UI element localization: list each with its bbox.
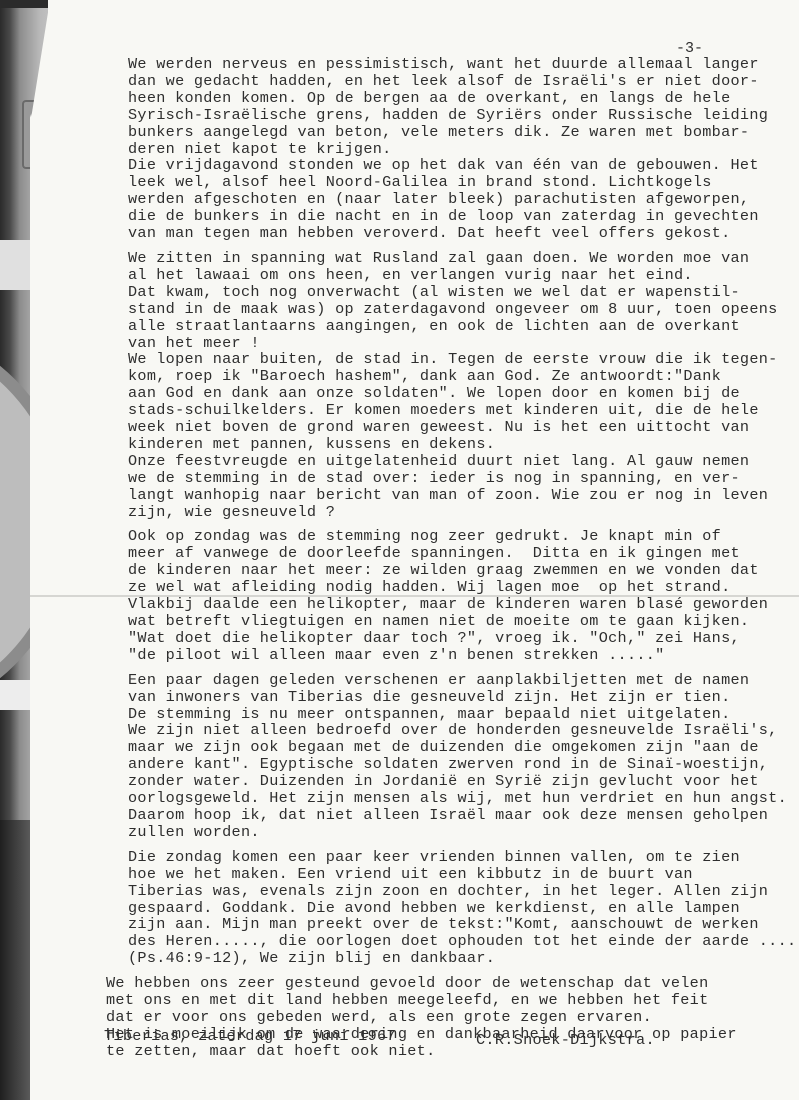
text-line: van inwoners van Tiberias die gesneuveld… bbox=[128, 689, 799, 706]
text-line: kinderen met pannen, kussens en dekens. bbox=[128, 436, 799, 453]
text-line: We lopen naar buiten, de stad in. Tegen … bbox=[128, 351, 799, 368]
text-line: aan God en dank aan onze soldaten". We l… bbox=[128, 385, 799, 402]
text-line: dat er voor ons gebeden werd, als een gr… bbox=[106, 1009, 799, 1026]
text-line: langt wanhopig naar bericht van man of z… bbox=[128, 487, 799, 504]
paragraph-6: We hebben ons zeer gesteund gevoeld door… bbox=[106, 975, 799, 1060]
text-line: stand in de maak was) op zaterdagavond o… bbox=[128, 301, 799, 318]
text-line: zijn aan. Mijn man preekt over de tekst:… bbox=[128, 916, 799, 933]
text-line: Een paar dagen geleden verschenen er aan… bbox=[128, 672, 799, 689]
text-line: die de bunkers in die nacht en in de loo… bbox=[128, 208, 799, 225]
text-line: oorlogsgeweld. Het zijn mensen als wij, … bbox=[128, 790, 799, 807]
text-line: we de stemming in de stad over: ieder is… bbox=[128, 470, 799, 487]
text-line: werden afgeschoten en (naar later bleek)… bbox=[128, 191, 799, 208]
text-line: gespaard. Goddank. Die avond hebben we k… bbox=[128, 900, 799, 917]
paragraph-2: We zitten in spanning wat Rusland zal ga… bbox=[128, 250, 799, 521]
text-line: de kinderen naar het meer: ze wilden gra… bbox=[128, 562, 799, 579]
text-line: dan we gedacht hadden, en het leek alsof… bbox=[128, 73, 799, 90]
text-line: ze wel wat afleiding nodig hadden. Wij l… bbox=[128, 579, 799, 596]
text-line: "de piloot wil alleen maar even z'n bene… bbox=[128, 647, 799, 664]
text-line: Onze feestvreugde en uitgelatenheid duur… bbox=[128, 453, 799, 470]
text-line: alle straatlantaarns aangingen, en ook d… bbox=[128, 318, 799, 335]
text-line: Die vrijdagavond stonden we op het dak v… bbox=[128, 157, 799, 174]
signature: C.R.Snoek-Dijkstra. bbox=[476, 1031, 655, 1049]
text-line: kom, roep ik "Baroech hashem", dank aan … bbox=[128, 368, 799, 385]
text-line: zijn, wie gesneuveld ? bbox=[128, 504, 799, 521]
text-line: zonder water. Duizenden in Jordanië en S… bbox=[128, 773, 799, 790]
text-line: des Heren....., die oorlogen doet ophoud… bbox=[128, 933, 799, 950]
text-line: al het lawaai om ons heen, en verlangen … bbox=[128, 267, 799, 284]
text-line: meer af vanwege de doorleefde spanningen… bbox=[128, 545, 799, 562]
text-line: leek wel, alsof heel Noord-Galilea in br… bbox=[128, 174, 799, 191]
text-line: van het meer ! bbox=[128, 335, 799, 352]
paragraph-4: Een paar dagen geleden verschenen er aan… bbox=[128, 672, 799, 841]
text-line: Syrisch-Israëlische grens, hadden de Syr… bbox=[128, 107, 799, 124]
place-and-date: Tiberias, zaterdag 17 juni 1967 bbox=[104, 1027, 396, 1045]
text-line: De stemming is nu meer ontspannen, maar … bbox=[128, 706, 799, 723]
text-line: We zijn niet alleen bedroefd over de hon… bbox=[128, 722, 799, 739]
text-line: We werden nerveus en pessimistisch, want… bbox=[128, 56, 799, 73]
text-line: Ook op zondag was de stemming nog zeer g… bbox=[128, 528, 799, 545]
text-line: We hebben ons zeer gesteund gevoeld door… bbox=[106, 975, 799, 992]
text-line: week niet boven de grond waren geweest. … bbox=[128, 419, 799, 436]
text-line: We zitten in spanning wat Rusland zal ga… bbox=[128, 250, 799, 267]
paragraph-1: We werden nerveus en pessimistisch, want… bbox=[128, 56, 799, 242]
text-line: bunkers aangelegd van beton, vele meters… bbox=[128, 124, 799, 141]
paragraph-3: Ook op zondag was de stemming nog zeer g… bbox=[128, 528, 799, 663]
text-line: Tiberias was, evenals zijn zoon en docht… bbox=[128, 883, 799, 900]
text-line: te zetten, maar dat hoeft ook niet. bbox=[106, 1043, 799, 1060]
text-line: Die zondag komen een paar keer vrienden … bbox=[128, 849, 799, 866]
text-line: wat betreft vliegtuigen en namen niet de… bbox=[128, 613, 799, 630]
text-line: Vlakbij daalde een helikopter, maar de k… bbox=[128, 596, 799, 613]
text-line: andere kant". Egyptische soldaten zwerve… bbox=[128, 756, 799, 773]
text-line: deren niet kapot te krijgen. bbox=[128, 141, 799, 158]
text-line: Daarom hoop ik, dat niet alleen Israël m… bbox=[128, 807, 799, 824]
paper-folded-corner bbox=[30, 38, 90, 138]
text-line: heen konden komen. Op de bergen aa de ov… bbox=[128, 90, 799, 107]
paragraph-5: Die zondag komen een paar keer vrienden … bbox=[128, 849, 799, 967]
text-line: met ons en met dit land hebben meegeleef… bbox=[106, 992, 799, 1009]
scanner-edge-bottom bbox=[0, 820, 30, 1100]
text-line: stads-schuilkelders. Er komen moeders me… bbox=[128, 402, 799, 419]
text-line: zullen worden. bbox=[128, 824, 799, 841]
text-line: hoe we het maken. Een vriend uit een kib… bbox=[128, 866, 799, 883]
letter-body: We werden nerveus en pessimistisch, want… bbox=[128, 56, 799, 1060]
text-line: "Wat doet die helikopter daar toch ?", v… bbox=[128, 630, 799, 647]
text-line: Dat kwam, toch nog onverwacht (al wisten… bbox=[128, 284, 799, 301]
text-line: maar we zijn ook begaan met de duizenden… bbox=[128, 739, 799, 756]
text-line: van man tegen man hebben veroverd. Dat h… bbox=[128, 225, 799, 242]
text-line: (Ps.46:9-12), We zijn blij en dankbaar. bbox=[128, 950, 799, 967]
